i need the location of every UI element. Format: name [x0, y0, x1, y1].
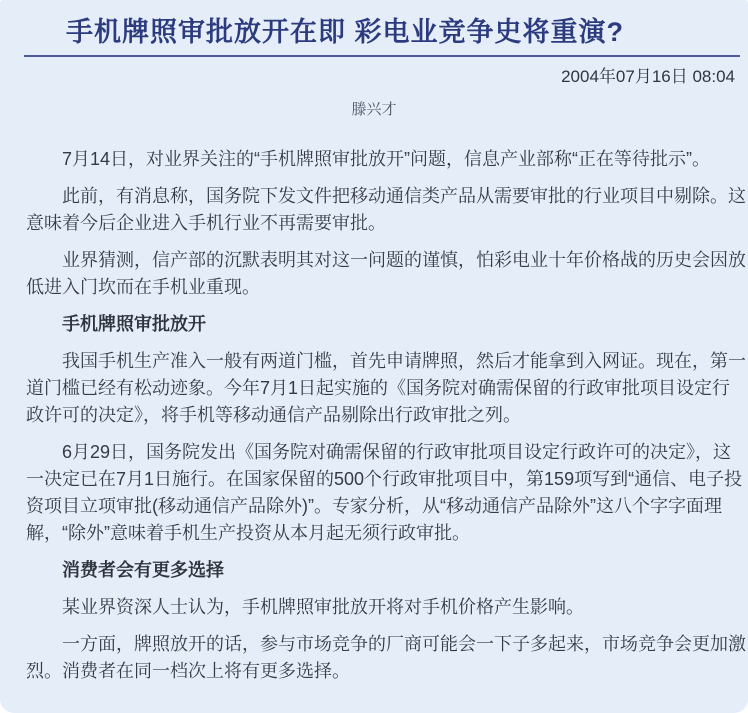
article-paragraph: 我国手机生产准入一般有两道门槛，首先申请牌照，然后才能拿到入网证。现在，第一道门… — [26, 348, 748, 429]
author-name: 滕兴才 — [0, 98, 748, 119]
article-paragraph: 此前，有消息称，国务院下发文件把移动通信类产品从需要审批的行业项目中剔除。这意味… — [26, 183, 748, 237]
article-body: 7月14日，对业界关注的“手机牌照审批放开”问题，信息产业部称“正在等待批示”。… — [26, 146, 748, 695]
article-paragraph: 6月29日，国务院发出《国务院对确需保留的行政审批项目设定行政许可的决定》，这一… — [26, 439, 748, 547]
section-heading: 手机牌照审批放开 — [26, 311, 748, 338]
title-divider — [24, 55, 740, 57]
page-title: 手机牌照审批放开在即 彩电业竞争史将重演? — [66, 10, 624, 49]
article-page: 手机牌照审批放开在即 彩电业竞争史将重演? 2004年07月16日 08:04 … — [0, 0, 748, 713]
article-paragraph: 某业界资深人士认为，手机牌照审批放开将对手机价格产生影响。 — [26, 594, 748, 621]
article-paragraph: 业界猜测，信产部的沉默表明其对这一问题的谨慎，怕彩电业十年价格战的历史会因放低进… — [26, 247, 748, 301]
section-heading: 消费者会有更多选择 — [26, 557, 748, 584]
article-paragraph: 7月14日，对业界关注的“手机牌照审批放开”问题，信息产业部称“正在等待批示”。 — [26, 146, 748, 173]
publish-date: 2004年07月16日 08:04 — [561, 62, 735, 87]
article-paragraph: 一方面，牌照放开的话，参与市场竞争的厂商可能会一下子多起来，市场竞争会更加激烈。… — [26, 631, 748, 685]
